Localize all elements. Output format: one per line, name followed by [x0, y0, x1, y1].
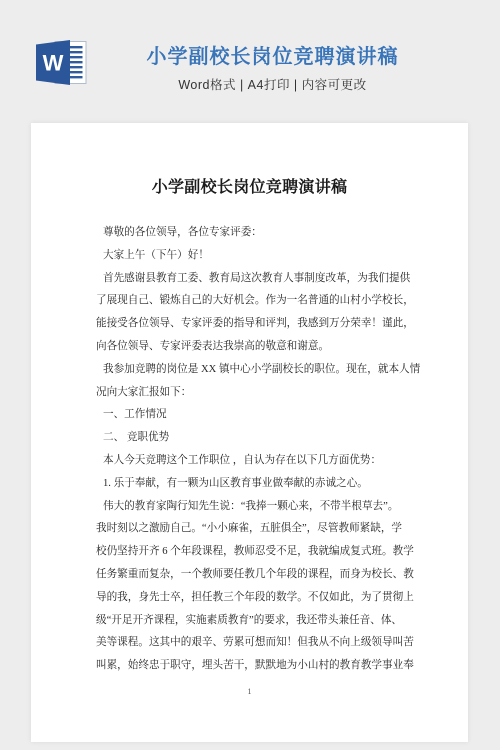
doc-text-line: 级“开足开齐课程，实施素质教育”的要求，我还带头兼任音、体、: [96, 610, 408, 633]
doc-text-line: 我参加竞聘的岗位是 XX 镇中心小学副校长的职位。现在，就本人情: [96, 359, 408, 382]
file-title-block: 小学副校长岗位竞聘演讲稿 Word格式 | A4打印 | 内容可更改: [70, 46, 475, 92]
file-header: W 小学副校长岗位竞聘演讲稿 Word格式 | A4打印 | 内容可更改: [0, 0, 500, 123]
page-number: 1: [31, 687, 468, 697]
document-title: 小学副校长岗位竞聘演讲稿: [31, 177, 468, 199]
file-format-info: Word格式 | A4打印 | 内容可更改: [70, 78, 475, 92]
svg-text:W: W: [43, 51, 64, 76]
doc-text-line: 美等课程。这其中的艰辛、劳累可想而知！但我从不向上级领导叫苦: [96, 632, 408, 655]
doc-text-line: 首先感谢县教育工委、教育局这次教育人事制度改革，为我们提供: [96, 268, 408, 291]
doc-text-line: 校仍坚持开齐 6 个年段课程，教师忍受不足，我就编成复式班。教学: [96, 541, 408, 564]
doc-text-line: 伟大的教育家陶行知先生说：“我捧一颗心来，不带半根草去”。: [96, 496, 408, 519]
doc-text-line: 1. 乐于奉献，有一颗为山区教育事业做奉献的赤诚之心。: [96, 473, 408, 496]
doc-text-line: 本人今天竞聘这个工作职位 ，自认为存在以下几方面优势：: [96, 450, 408, 473]
doc-text-line: 任务繁重而复杂，一个教师要任教几个年段的课程，而身为校长、教: [96, 564, 408, 587]
doc-text-line: 我时刻以之激励自己。“小小麻雀，五脏俱全”，尽管教师紧缺，学: [96, 518, 408, 541]
doc-text-line: 大家上午（下午）好！: [96, 245, 408, 268]
file-title: 小学副校长岗位竞聘演讲稿: [70, 46, 475, 68]
doc-text-line: 叫累，始终忠于职守，埋头苦干，默默地为小山村的教育教学事业奉: [96, 655, 408, 678]
doc-text-line: 导的我，身先士卒，担任教三个年段的数学。不仅如此，为了贯彻上: [96, 587, 408, 610]
doc-text-line: 能接受各位领导、专家评委的指导和评判，我感到万分荣幸！谨此，: [96, 313, 408, 336]
doc-text-line: 了展现自己、锻炼自己的大好机会。作为一名普通的山村小学校长，: [96, 290, 408, 313]
doc-text-line: 尊敬的各位领导，各位专家评委：: [96, 222, 408, 245]
preview-canvas: W 小学副校长岗位竞聘演讲稿 Word格式 | A4打印 | 内容可更改 小学副…: [0, 0, 500, 750]
doc-text-line: 向各位领导、专家评委表达我崇高的敬意和谢意。: [96, 336, 408, 359]
doc-text-line: 一、工作情况: [96, 404, 408, 427]
doc-text-line: 二、 竞职优势: [96, 427, 408, 450]
document-page-preview: 小学副校长岗位竞聘演讲稿 尊敬的各位领导，各位专家评委：大家上午（下午）好！首先…: [31, 123, 468, 742]
document-body: 尊敬的各位领导，各位专家评委：大家上午（下午）好！首先感谢县教育工委、教育局这次…: [96, 222, 408, 678]
doc-text-line: 况向大家汇报如下：: [96, 382, 408, 405]
